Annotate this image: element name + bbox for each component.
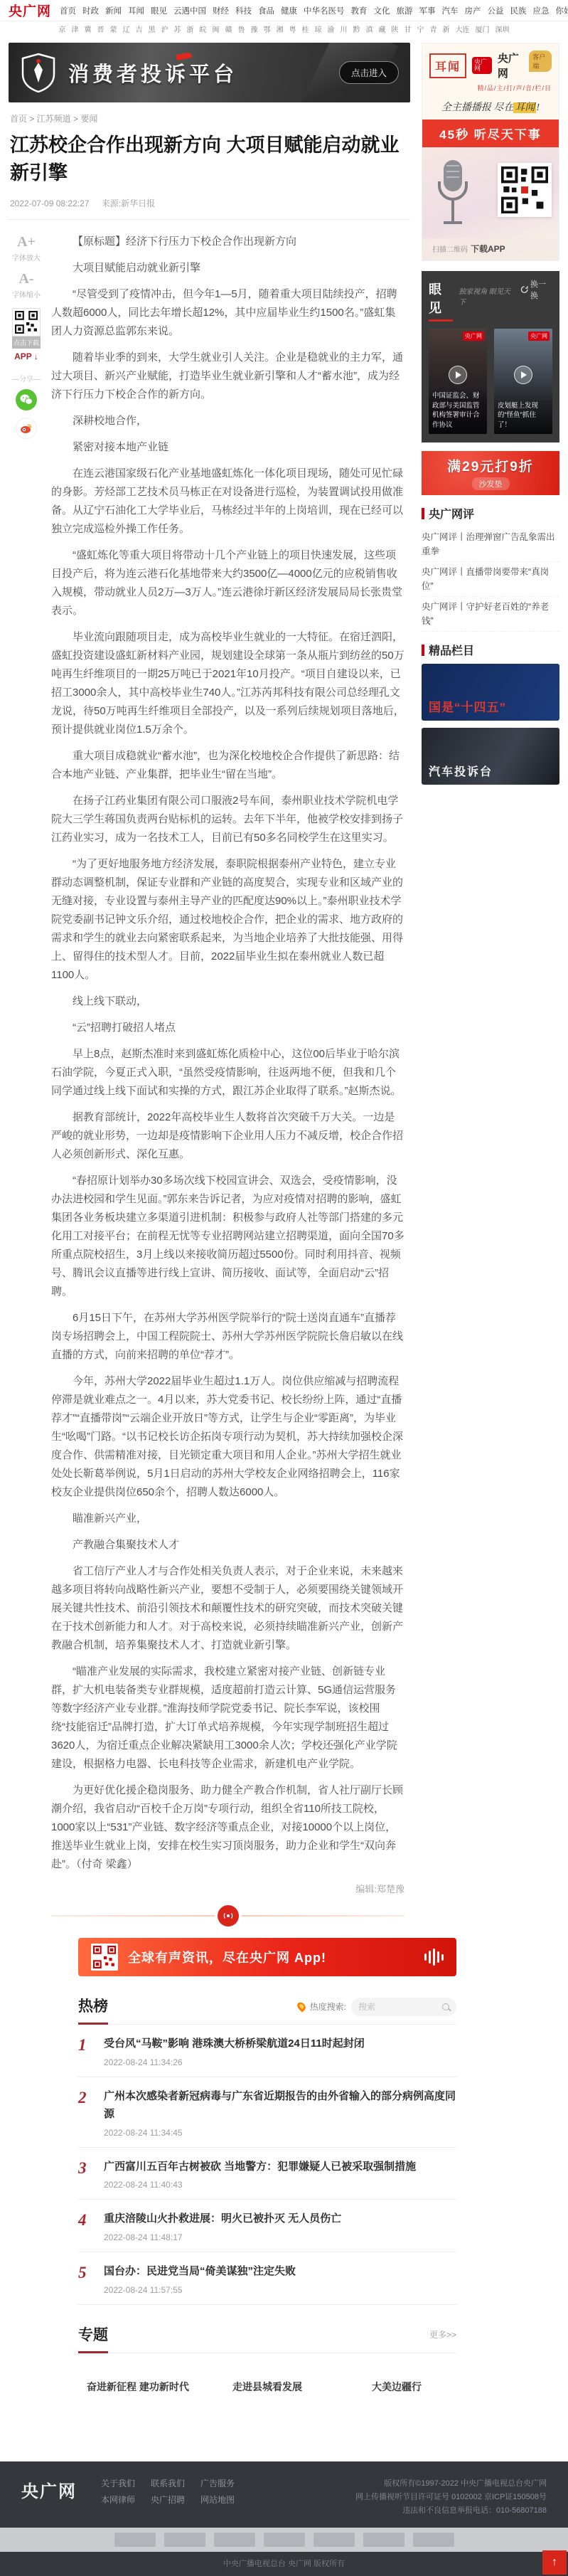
video-caption: 皮划艇上发现的“怪鱼”抓住了！ [494,398,552,434]
hot-item-title[interactable]: 国台办：民进党当局“倚美谋独”注定失败 [104,2263,456,2281]
weibo-icon [20,423,33,434]
hotlist-item[interactable]: 1 受台风“马鞍”影响 港珠澳大桥桥梁航道24日11时起封闭 2022-08-2… [78,2025,456,2077]
promo-product: 沙发垫 [472,477,510,490]
article-paragraph: “瞄准产业发展的实际需求，我校建立紧密对接产业链、创新链专业群，扩大机电装备类专… [51,1663,404,1774]
nav-link[interactable]: 时政 [82,5,99,16]
province-link[interactable]: 吉 [136,23,143,34]
hotlist-items: 1 受台风“马鞍”影响 港珠澳大桥桥梁航道24日11时起封闭 2022-08-2… [78,2025,456,2305]
erwen-calligraphy: 全主播播报 尽在耳闻! [422,97,559,120]
province-link[interactable]: 晋 [97,23,105,34]
province-link[interactable]: 川 [341,23,348,34]
nav-link[interactable]: 汽车 [442,5,459,16]
partner-logo [164,2533,205,2547]
nav-link[interactable]: 健康 [281,5,297,16]
topic-card[interactable]: 走进县城看发展 [208,2365,327,2409]
article-meta: 2022-07-09 08:22:27 来源:新华日报 [10,197,409,209]
shield-icon [20,53,57,92]
section-accent-bar [422,645,424,656]
province-link[interactable]: 津 [72,23,79,34]
sidebar: 耳闻 央广网 央广网 客户端 精/品/主/打/声/音/栏/目 全主播播报 尽在耳… [422,43,559,2409]
wangping-section: 央广网评 央广网评丨治理弹窗广告乱象需出重拳央广网评丨直播带岗要带来“真岗位”央… [422,505,559,632]
nav-link[interactable]: 食品 [258,5,274,16]
article-paragraph: 6月15日下午，在苏州大学苏州医学院举行的“院士送岗直通车”直播荐岗专场招聘会上… [51,1309,404,1364]
nav-link[interactable]: 首页 [60,5,76,16]
nav-link[interactable]: 科技 [235,5,252,16]
topic-cards: 奋进新征程 建功新时代走进县城看发展大美边疆行 [78,2365,456,2409]
province-link[interactable]: 桂 [302,23,309,34]
nav-link[interactable]: 教育 [351,5,368,16]
video-card[interactable]: 央广网 中国证监会、财政部与美国监管机构签署审计合作协议 [429,329,487,434]
content: 消费者投诉平台 点击进入 首页 > 江苏频道 > 要闻 江苏校企合作出现新方向 … [0,36,568,2409]
nav-link[interactable]: 云遇中国 [173,5,206,16]
hot-item-title[interactable]: 重庆涪陵山火扑救进展：明火已被扑灭 无人员伤亡 [104,2210,456,2228]
erwen-caption: 扫描二维码下载APP [422,238,559,260]
province-links: 京津冀晋蒙辽吉黑沪苏浙皖闽赣鲁豫鄂湘粤桂琼渝川黔滇藏陕甘宁青新大连厦门深圳 [0,21,568,36]
province-link[interactable]: 大连 [456,23,470,34]
article-paragraph: 今年，苏州大学2022届毕业生超过1.1万人。岗位供应缩减与招聘流程停滞是就业难… [51,1372,404,1502]
promo-headline: 满29元打9折 [447,456,534,475]
footer-link[interactable]: 网站地图 [200,2493,235,2506]
video-card[interactable]: 央广网 皮划艇上发现的“怪鱼”抓住了！ [494,329,552,434]
province-link[interactable]: 沪 [161,23,168,34]
cnr-badge-icon: 央广网 [463,332,484,341]
province-link[interactable]: 辽 [123,23,130,34]
font-decrease-label: 字体缩小 [10,289,43,300]
wangping-item[interactable]: 央广网评丨守护好老百姓的“养老钱” [422,597,559,632]
yanjian-section: 眼见 独家视角 眼见天下 换一换 央广网 中国证监会、财政部与美国监管机构签署审… [422,271,559,442]
cnr-app-promo-banner[interactable]: 全球有声资讯，尽在央广网 App! [78,1938,456,1976]
hotlist-item[interactable]: 4 重庆涪陵山火扑救进展：明火已被扑灭 无人员伤亡 2022-08-24 11:… [78,2200,456,2252]
province-link[interactable]: 新 [443,23,450,34]
province-link[interactable]: 粤 [289,23,296,34]
app-banner-qr-icon [91,1944,118,1971]
footer-links: 关于我们联系我们广告服务本网律师央广招聘网站地图 [101,2477,235,2506]
cnr-badge-icon: 央广网 [528,332,550,341]
article-paragraph: 随着毕业季的到来，大学生就业引人关注。企业是稳就业的主力军，通过大项目、新兴产业… [51,349,404,404]
province-link[interactable]: 赣 [225,23,232,34]
bottom-sections: 全球有声资讯，尽在央广网 App! 热榜 热度搜索: [78,1938,456,2409]
flame-icon [296,2001,307,2013]
hot-search-label: 热度搜索: [310,2000,346,2013]
font-increase-label: 字体放大 [10,252,43,263]
nav-link[interactable]: 房产 [465,5,481,16]
footer: 央广网 关于我们联系我们广告服务本网律师央广招聘网站地图 版权所有©1997-2… [0,2461,568,2576]
wangping-title: 央广网评 [429,505,474,521]
province-link[interactable]: 湘 [277,23,284,34]
breadcrumb[interactable]: 首页 > 江苏频道 > 要闻 [10,112,409,124]
app-qr-code-icon[interactable] [12,308,41,336]
province-link[interactable]: 鲁 [238,23,245,34]
nav-link[interactable]: 你好台湾网 [556,5,568,16]
partner-logo [314,2533,355,2547]
cnr-mini-logo-icon: 央广网 [472,57,492,74]
footer-link[interactable]: 关于我们 [101,2477,135,2489]
article-end-divider [51,1904,404,1928]
site-logo[interactable]: 央广网 [9,1,51,20]
hot-rank: 2 [78,2088,94,2138]
columns-title: 精品栏目 [429,642,474,658]
article-paragraph: 据教育部统计，2022年高校毕业生人数将首次突破千万大关。一边是严峻的就业形势，… [51,1108,404,1164]
article-paragraph: 在扬子江药业集团有限公司口服液2号车间，泰州职业技术学院机电学院大三学生蒋国负责… [51,792,404,847]
play-icon[interactable] [514,366,532,384]
partner-logo [214,2533,255,2547]
partner-logo-band [0,2528,568,2552]
province-link[interactable]: 浙 [187,23,194,34]
footer-bottom-line: 中央广播电视总台 央广网 版权所有 [0,2552,568,2576]
nav-link[interactable]: 文化 [374,5,390,16]
qr-download-caption: 点击下载 [12,336,41,349]
erwen-logo: 耳闻 [429,53,466,78]
article-paragraph: 产教融合集聚技术人才 [51,1536,404,1554]
province-link[interactable]: 深圳 [495,23,510,34]
wechat-share-button[interactable] [16,389,37,410]
hotlist-item[interactable]: 3 广西富川五百年古树被砍 当地警方：犯罪嫌疑人已被采取强制措施 2022-08… [78,2148,456,2200]
hotlist-item[interactable]: 2 广州本次感染者新冠病毒与广东省近期报告的由外省输入的部分病例高度同源 202… [78,2077,456,2148]
footer-copyright: 版权所有©1997-2022 中央广播电视总台央广网网上传播视听节目许可证号 0… [355,2477,547,2518]
erwen-tagline: 45秒 听尽天下事 [422,120,559,147]
hot-rank: 5 [78,2263,94,2295]
refresh-button[interactable]: 换一换 [520,278,552,301]
up-arrow-icon: ↑ [552,2556,557,2569]
promo-ad[interactable]: 满29元打9折 沙发垫 [422,451,559,495]
erwen-qr-code-icon [498,163,552,217]
banner-title: 消费者投诉平台 [68,58,237,88]
yanjian-title: 眼见 [429,280,453,322]
hot-rank: 4 [78,2210,94,2242]
province-link[interactable]: 皖 [200,23,207,34]
refresh-icon [520,285,528,294]
footer-link[interactable]: 本网律师 [101,2493,135,2506]
province-link[interactable]: 闽 [213,23,220,34]
article-paragraph: 线上线下联动， [51,992,404,1011]
article-body: A+ 字体放大 A- 字体缩小 点击下载 APP ↓ —分享— [9,220,410,1895]
nav-link[interactable]: 军事 [419,5,436,16]
partner-logo [413,2533,454,2547]
font-increase-button[interactable]: A+ [10,234,43,250]
hotlist-item[interactable]: 5 国台办：民进党当局“倚美谋独”注定失败 2022-08-24 11:57:5… [78,2252,456,2305]
consumer-complaint-banner[interactable]: 消费者投诉平台 点击进入 [9,43,410,102]
article-paragraph: 早上8点，赵斯杰准时来到盛虹炼化质检中心，这位00后毕业于哈尔滨石油学院，今夏正… [51,1045,404,1101]
article-source: 来源:新华日报 [102,198,155,208]
copyright-line: 版权所有©1997-2022 中央广播电视总台央广网 [355,2477,547,2491]
footer-link[interactable]: 联系我们 [151,2477,185,2489]
article-paragraph: 毕业流向跟随项目走，成为高校毕业生就业的一大特征。在宿迁泗阳，盛虹投资建设盛虹新… [51,628,404,739]
video-caption: 中国证监会、财政部与美国监管机构签署审计合作协议 [429,388,487,434]
wangping-item[interactable]: 央广网评丨治理弹窗广告乱象需出重拳 [422,527,559,562]
microphone-icon [432,156,473,230]
copyright-line: 网上传播视听节目许可证号 0102002 京ICP证150508号 [355,2491,547,2504]
page: 央广网 首页时政新闻耳闻眼见云遇中国财经科技食品健康中华名医号教育文化旅游军事汽… [0,0,568,2576]
back-to-top-button[interactable]: ↑ [542,2550,567,2575]
topics-section: 专题 更多>> 奋进新征程 建功新时代走进县城看发展大美边疆行 [78,2323,456,2409]
magnifier-icon[interactable] [442,2003,449,2010]
article-paragraph: 为更好优化援企稳岗服务、助力健全产教合作机制，省人社厅副厅长顾潮介绍，我省启动“… [51,1781,404,1874]
article-paragraph: “云”招聘打破招人堵点 [51,1019,404,1037]
province-link[interactable]: 琼 [315,23,322,34]
province-link[interactable]: 蒙 [110,23,117,34]
footer-link[interactable]: 央广招聘 [151,2493,185,2506]
nav-link[interactable]: 旅游 [397,5,413,16]
article-date: 2022-07-09 08:22:27 [10,198,89,208]
nav-link[interactable]: 耳闻 [128,5,144,16]
app-banner-text: 全球有声资讯，尽在央广网 App! [128,1948,326,1966]
banner-enter-button[interactable]: 点击进入 [339,61,399,84]
province-link[interactable]: 渝 [328,23,335,34]
client-tag: 客户端 [529,51,552,72]
province-link[interactable]: 陕 [392,23,399,34]
province-link[interactable]: 黑 [149,23,156,34]
erwen-brand: 央广网 [498,51,523,80]
nav-link[interactable]: 公益 [488,5,504,16]
app-download-link[interactable]: APP ↓ [10,351,43,361]
page-title: 江苏校企合作出现新方向 大项目赋能启动就业新引擎 [10,132,409,187]
play-icon[interactable] [449,366,467,384]
column-card-auto[interactable]: 汽车投诉台 [422,728,559,785]
nav-link[interactable]: 财经 [213,5,229,16]
partner-logo [363,2533,404,2547]
yanjian-subtitle: 独家视角 眼见天下 [459,285,514,307]
erwen-visual [422,147,559,238]
province-link[interactable]: 厦门 [476,23,490,34]
partner-logo [114,2533,156,2547]
hotlist-header: 热榜 热度搜索: [78,1995,456,2025]
province-link[interactable]: 冀 [85,23,92,34]
wangping-list: 央广网评丨治理弹窗广告乱象需出重拳央广网评丨直播带岗要带来“真岗位”央广网评丨守… [422,527,559,632]
province-link[interactable]: 青 [430,23,437,34]
section-accent-bar [422,508,424,519]
yanjian-videos: 央广网 中国证监会、财政部与美国监管机构签署审计合作协议 央广网 皮划艇上发现的… [429,329,552,434]
article-paragraph: “盛虹炼化等重大项目将带动十几个产业链上的项目快速发展，这些项目投产后，将为连云… [51,546,404,620]
nav-link[interactable]: 应急 [533,5,550,16]
hotlist-section: 热榜 热度搜索: [78,1995,456,2305]
footer-link[interactable]: 广告服务 [200,2477,235,2489]
province-link[interactable]: 苏 [174,23,181,34]
article-paragraph: 【原标题】经济下行压力下校企合作出现新方向 [51,233,404,251]
article-paragraph: 深耕校地合作， [51,412,404,430]
article-paragraph: 省工信厅产业人才与合作处相关负责人表示，对于企业来说，未来越来越多项目将转向战略… [51,1562,404,1655]
footer-logo: 央广网 [21,2477,77,2502]
article-tools: A+ 字体放大 A- 字体缩小 点击下载 APP ↓ —分享— [10,234,43,446]
article-paragraph: “尽管受到了疫情冲击，但今年1—5月，随着重大项目陆续投产，招聘人数超6000人… [51,285,404,341]
cnr-app-badge-icon[interactable] [218,1905,239,1926]
hot-item-time: 2022-08-24 11:34:45 [104,2128,456,2138]
font-decrease-button[interactable]: A- [10,271,43,287]
hot-item-title[interactable]: 受台风“马鞍”影响 港珠澳大桥桥梁航道24日11时起封闭 [104,2035,456,2053]
province-link[interactable]: 宁 [417,23,424,34]
columns-section: 精品栏目 国是“十四五” 汽车投诉台 [422,642,559,785]
nav-link[interactable]: 眼见 [151,5,167,16]
hot-item-title[interactable]: 广州本次感染者新冠病毒与广东省近期报告的由外省输入的部分病例高度同源 [104,2088,456,2124]
article-paragraph: 大项目赋能启动就业新引擎 [51,259,404,277]
article-paragraph: 在连云港国家级石化产业基地盛虹炼化一体化项目现场，随处可见忙碌的身影。芳烃部工艺… [51,465,404,539]
erwen-slogan: 精/品/主/打/声/音/栏/目 [422,83,559,97]
hotlist-title: 热榜 [78,1995,108,2025]
hot-item-time: 2022-08-24 11:40:43 [104,2180,456,2190]
hot-item-time: 2022-08-24 11:34:26 [104,2057,456,2067]
article-paragraphs: 【原标题】经济下行压力下校企合作出现新方向大项目赋能启动就业新引擎“尽管受到了疫… [51,233,404,1874]
topics-title: 专题 [78,2323,108,2353]
partner-logo [264,2533,305,2547]
main-column: 消费者投诉平台 点击进入 首页 > 江苏频道 > 要闻 江苏校企合作出现新方向 … [9,43,410,2409]
editor-credit: 编辑:郑楚豫 [51,1882,404,1895]
hot-item-time: 2022-08-24 11:57:55 [104,2285,456,2295]
wangping-item[interactable]: 央广网评丨直播带岗要带来“真岗位” [422,562,559,597]
province-link[interactable]: 鄂 [264,23,271,34]
province-link[interactable]: 藏 [379,23,386,34]
wechat-icon [20,394,33,406]
weibo-share-button[interactable] [16,418,37,439]
province-link[interactable]: 豫 [251,23,258,34]
article-paragraph: 瞄准新兴产业， [51,1510,404,1528]
province-link[interactable]: 甘 [404,23,412,34]
hot-item-title[interactable]: 广西富川五百年古树被砍 当地警方：犯罪嫌疑人已被采取强制措施 [104,2158,456,2176]
province-link[interactable]: 滇 [366,23,373,34]
article-paragraph: 重大项目成稳就业“蓄水池”，也为深化校地校企合作提供了新思路：结合本地产业链、产… [51,747,404,784]
share-label: —分享— [10,373,43,383]
hot-rank: 3 [78,2158,94,2190]
nav-link[interactable]: 新闻 [105,5,122,16]
hot-item-time: 2022-08-24 11:48:17 [104,2232,456,2242]
nav-links: 首页时政新闻耳闻眼见云遇中国财经科技食品健康中华名医号教育文化旅游军事汽车房产公… [60,5,568,16]
topics-header: 专题 更多>> [78,2323,456,2353]
red-accent-icon [176,51,192,60]
top-navigation: 央广网 首页时政新闻耳闻眼见云遇中国财经科技食品健康中华名医号教育文化旅游军事汽… [0,0,568,21]
erwen-app-ad[interactable]: 耳闻 央广网 央广网 客户端 精/品/主/打/声/音/栏/目 全主播播报 尽在耳… [422,43,559,261]
topic-card[interactable]: 奋进新征程 建功新时代 [78,2365,198,2409]
article-paragraph: “为了更好地服务地方经济发展，泰职院根据泰州产业特色，建立专业群动态调整机制，保… [51,855,404,985]
copyright-line: 违法和不良信息举报电话：010-56807188 [355,2504,547,2518]
hot-rank: 1 [78,2035,94,2067]
nav-link[interactable]: 民族 [510,5,527,16]
province-link[interactable]: 京 [59,23,66,34]
article-paragraph: “春招原计划举办30多场次线下校园宣讲会、双选会，受疫情影响，没办法进校园和学生… [51,1172,404,1301]
nav-link[interactable]: 中华名医号 [304,5,345,16]
province-link[interactable]: 黔 [353,23,360,34]
column-card-guoshi[interactable]: 国是“十四五” [422,664,559,721]
article-paragraph: 紧密对接本地产业链 [51,438,404,457]
